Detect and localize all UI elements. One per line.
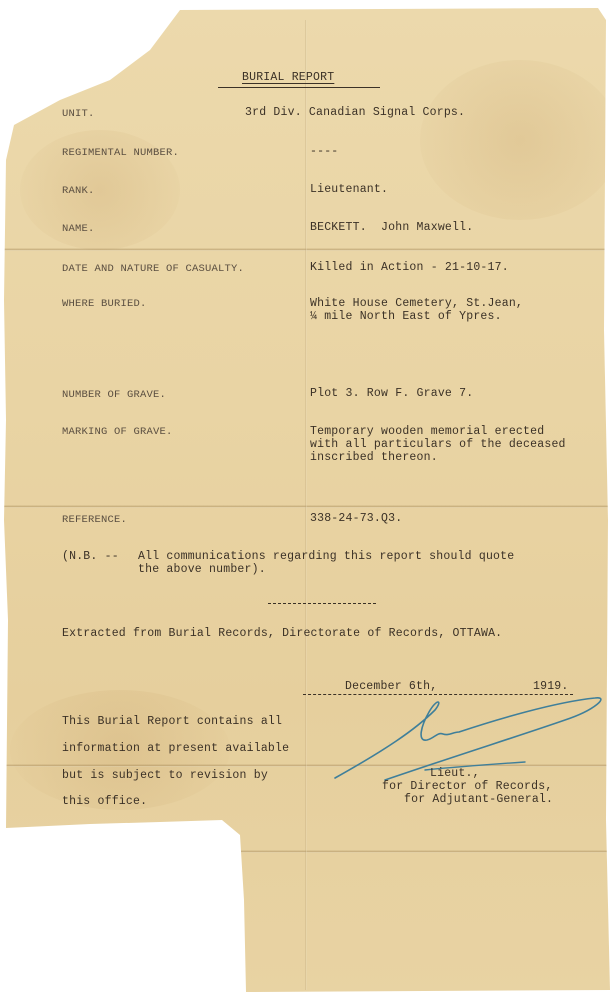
signature-line1: for Director of Records, <box>382 781 552 793</box>
field-value-grave-number: Plot 3. Row F. Grave 7. <box>310 388 473 400</box>
field-value-marking-line2: with all particulars of the deceased <box>310 439 566 451</box>
field-label-rank: RANK. <box>62 185 95 197</box>
nb-line1: All communications regarding this report… <box>138 551 514 563</box>
extracted-from-note: Extracted from Burial Records, Directora… <box>62 628 502 640</box>
field-value-marking-line1: Temporary wooden memorial erected <box>310 426 544 438</box>
field-label-unit: UNIT. <box>62 108 95 120</box>
field-label-casualty: DATE AND NATURE OF CASUALTY. <box>62 263 244 275</box>
title-underline <box>218 87 380 88</box>
field-value-reference: 338-24-73.Q3. <box>310 513 402 525</box>
vertical-fold <box>305 20 307 990</box>
nb-prefix: (N.B. -- <box>62 551 119 563</box>
nb-line2: the above number). <box>138 564 266 576</box>
field-value-regimental-number: ---- <box>310 146 338 158</box>
field-value-where-buried-line2: ¼ mile North East of Ypres. <box>310 311 502 323</box>
field-label-where-buried: WHERE BURIED. <box>62 298 147 310</box>
field-label-reference: REFERENCE. <box>62 514 127 526</box>
disclaimer-line1: This Burial Report contains all <box>62 716 282 728</box>
field-value-rank: Lieutenant. <box>310 184 388 196</box>
disclaimer-line3: but is subject to revision by <box>62 770 268 782</box>
signature-line2: for Adjutant-General. <box>404 794 553 806</box>
field-label-regimental-number: REGIMENTAL NUMBER. <box>62 147 179 159</box>
field-label-marking: MARKING OF GRAVE. <box>62 426 173 438</box>
field-value-unit: 3rd Div. Canadian Signal Corps. <box>245 107 465 119</box>
report-title: BURIAL REPORT <box>242 72 334 84</box>
field-value-where-buried-line1: White House Cemetery, St.Jean, <box>310 298 523 310</box>
field-label-name: NAME. <box>62 223 95 235</box>
section-divider <box>268 603 376 605</box>
paper-stain <box>420 60 612 220</box>
signature-rank: Lieut., <box>430 768 480 780</box>
field-value-name: BECKETT. John Maxwell. <box>310 222 473 234</box>
field-value-marking-line3: inscribed thereon. <box>310 452 438 464</box>
field-value-casualty: Killed in Action - 21-10-17. <box>310 262 509 274</box>
field-label-grave-number: NUMBER OF GRAVE. <box>62 389 166 401</box>
disclaimer-line2: information at present available <box>62 743 289 755</box>
disclaimer-line4: this office. <box>62 796 147 808</box>
